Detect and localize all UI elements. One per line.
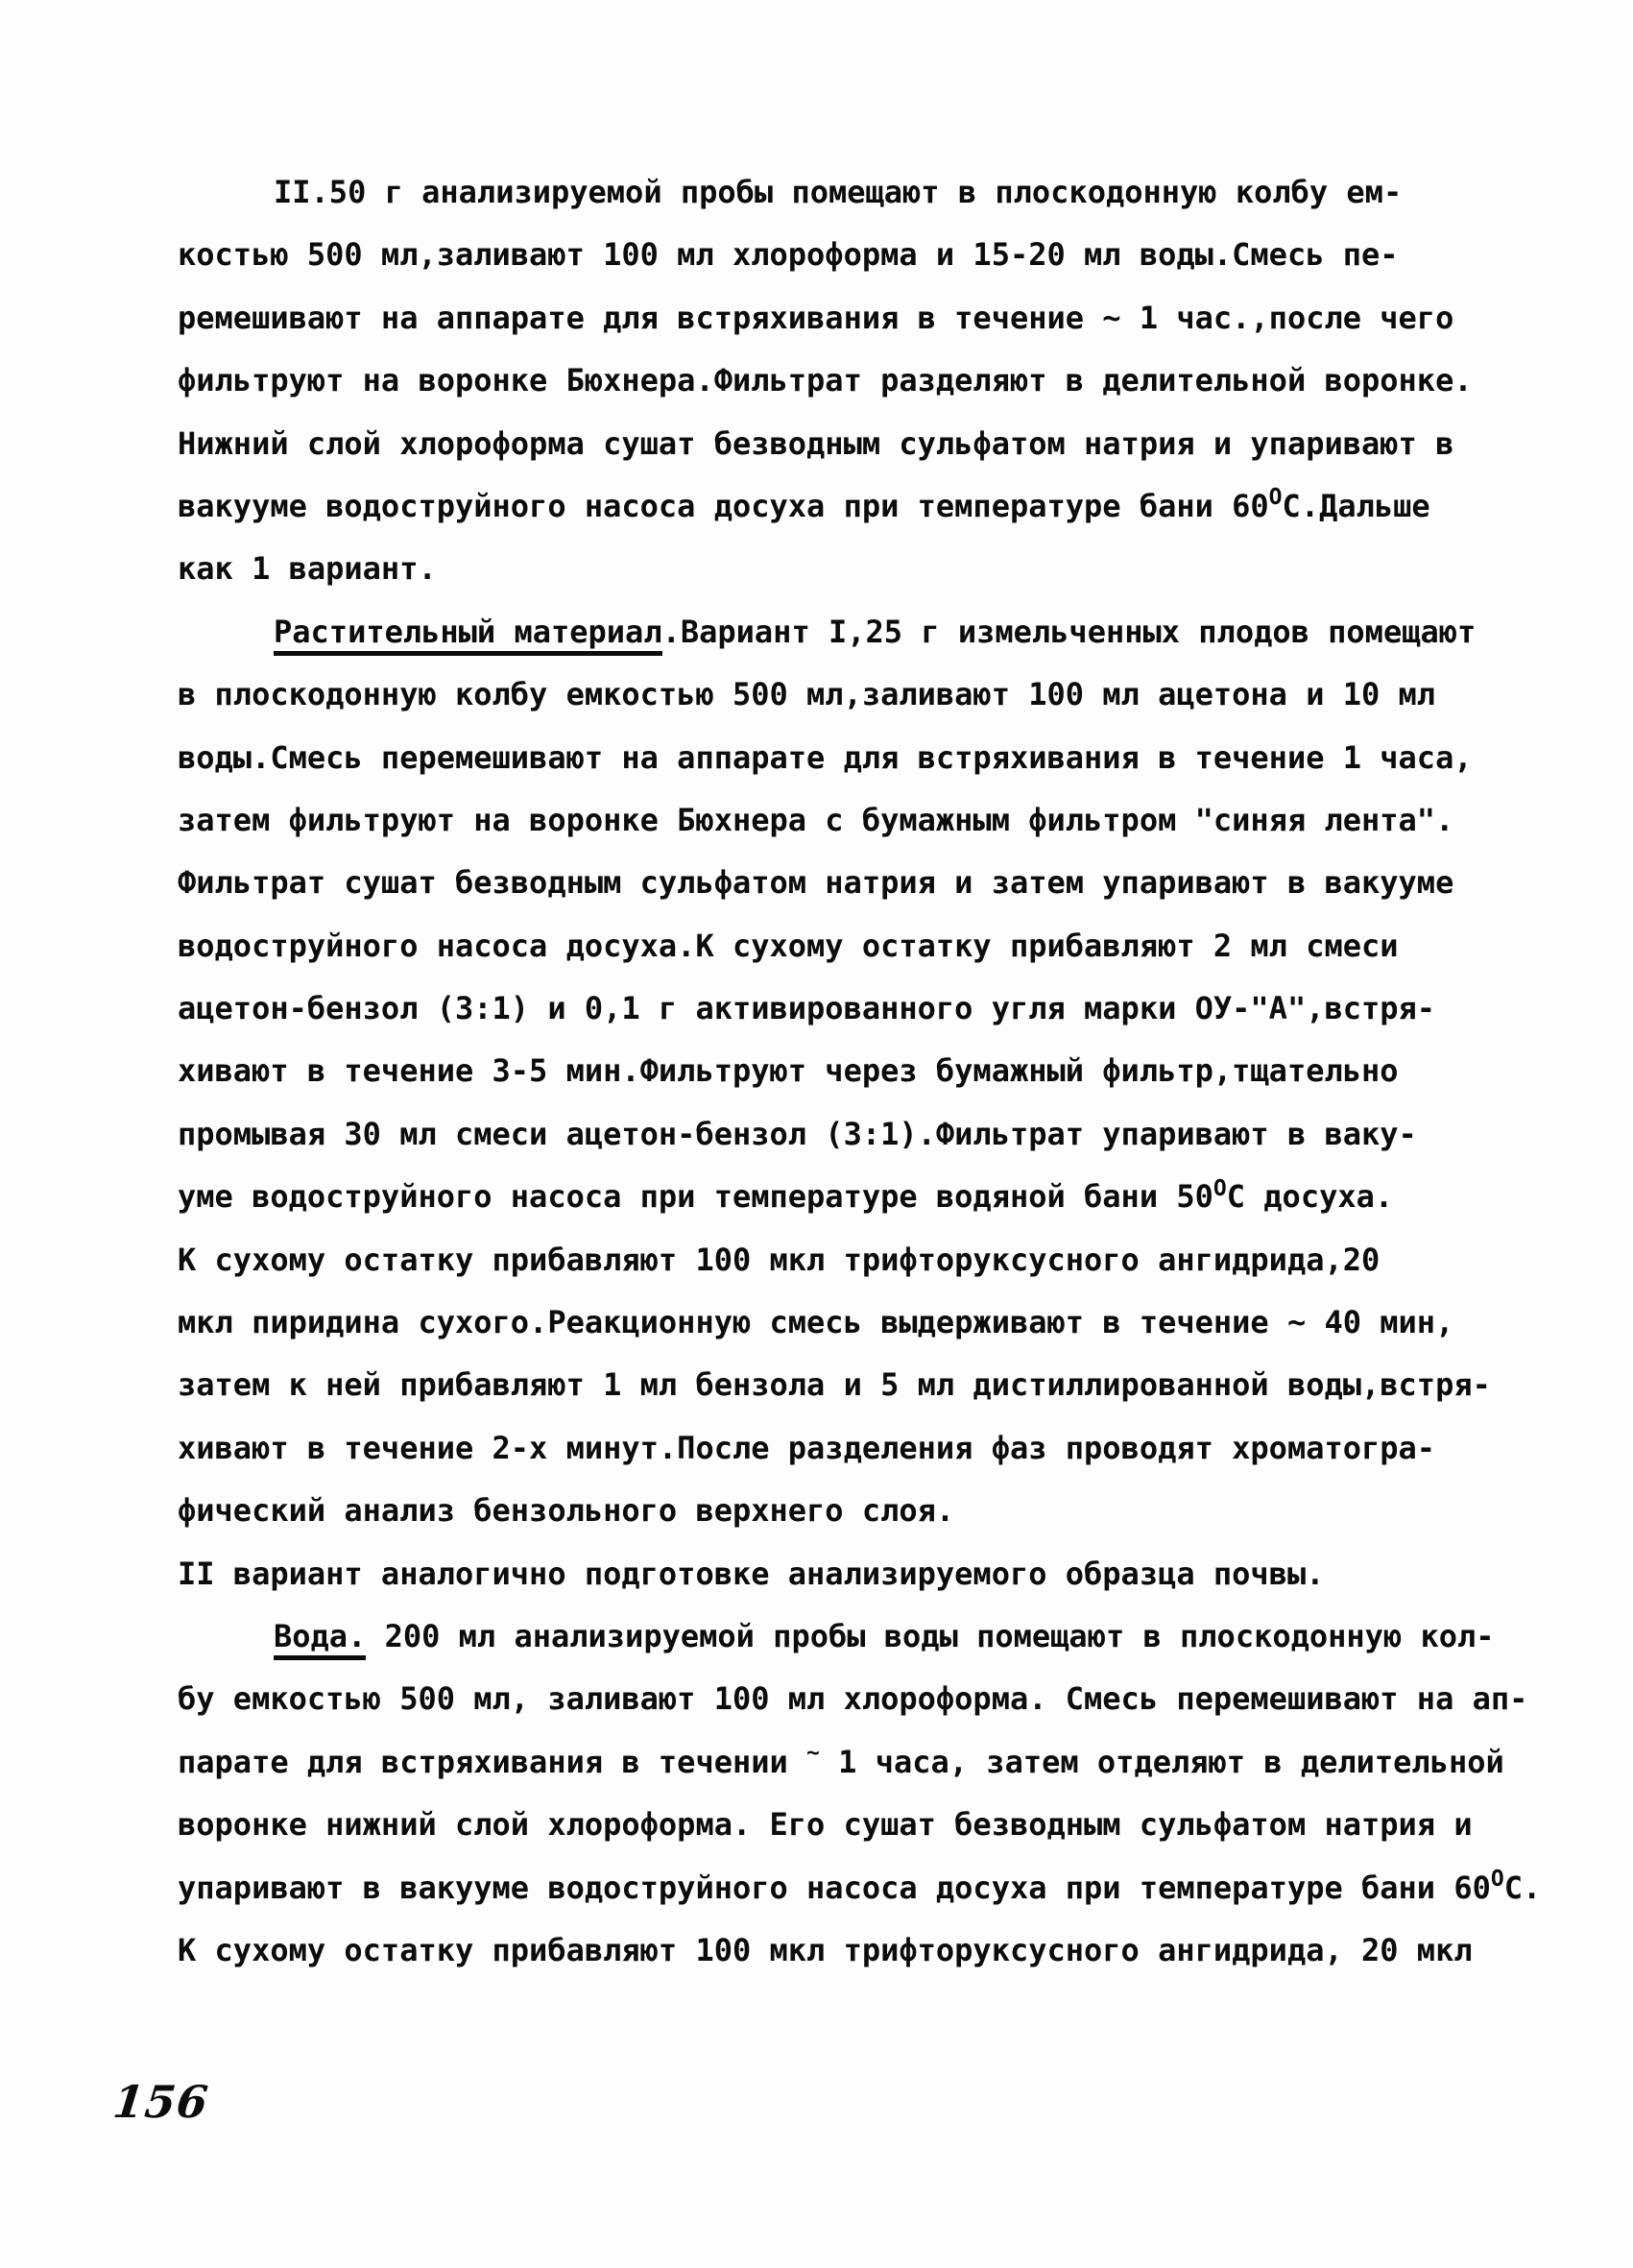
page-number: 156 [110, 2076, 211, 2128]
text-segment: О [1269, 485, 1283, 510]
text-line: хивают в течение 2-х минут.После разделе… [178, 1417, 1589, 1480]
text-segment: бу емкостью 500 мл, заливают 100 мл хлор… [178, 1680, 1527, 1717]
text-line: Нижний слой хлороформа сушат безводным с… [178, 413, 1589, 475]
text-line: бу емкостью 500 мл, заливают 100 мл хлор… [178, 1668, 1589, 1730]
text-line: затем фильтруют на воронке Бюхнера с бум… [178, 789, 1589, 852]
text-segment: Нижний слой хлороформа сушат безводным с… [178, 425, 1453, 462]
text-line: как 1 вариант. [178, 538, 1589, 600]
text-segment: ремешивают на аппарате для встряхивания … [178, 300, 1453, 336]
text-segment: С. [1504, 1870, 1542, 1906]
document-page: II.50 г анализируемой пробы помещают в п… [0, 0, 1633, 2268]
text-line: уме водоструйного насоса при температуре… [178, 1166, 1589, 1228]
text-line: воды.Смесь перемешивают на аппарате для … [178, 727, 1589, 789]
text-segment: воды.Смесь перемешивают на аппарате для … [178, 739, 1473, 776]
text-line: ацетон-бензол (3:1) и 0,1 г активированн… [178, 977, 1589, 1040]
text-segment: С.Дальше [1283, 488, 1430, 524]
text-segment: уме водоструйного насоса при температуре… [178, 1178, 1213, 1215]
text-line: Вода. 200 мл анализируемой пробы воды по… [178, 1605, 1589, 1668]
text-segment: .Вариант I,25 г измельченных плодов поме… [662, 614, 1477, 650]
text-segment: ~ [806, 1741, 820, 1766]
text-segment: упаривают в вакууме водоструйного насоса… [178, 1870, 1491, 1906]
text-segment: затем к ней прибавляют 1 мл бензола и 5 … [178, 1366, 1491, 1403]
underlined-text: Вода. [274, 1618, 366, 1660]
text-segment: 200 мл анализируемой пробы воды помещают… [366, 1618, 1494, 1654]
text-line: воронке нижний слой хлороформа. Его суша… [178, 1794, 1589, 1856]
text-line: парате для встряхивания в течении ~ 1 ча… [178, 1731, 1589, 1794]
text-segment: затем фильтруют на воронке Бюхнера с бум… [178, 802, 1453, 838]
text-segment: воронке нижний слой хлороформа. Его суша… [178, 1806, 1473, 1843]
text-segment: II вариант аналогично подготовке анализи… [178, 1556, 1324, 1592]
text-segment: вакууме водоструйного насоса досуха при … [178, 488, 1269, 524]
text-line: ремешивают на аппарате для встряхивания … [178, 287, 1589, 350]
text-segment: водоструйного насоса досуха.К сухому ост… [178, 928, 1399, 964]
text-line: в плоскодонную колбу емкостью 500 мл,зал… [178, 664, 1589, 726]
text-block: II.50 г анализируемой пробы помещают в п… [178, 161, 1589, 1982]
text-line: мкл пиридина сухого.Реакционную смесь вы… [178, 1291, 1589, 1354]
text-line: К сухому остатку прибавляют 100 мкл триф… [178, 1919, 1589, 1982]
text-line: хивают в течение 3-5 мин.Фильтруют через… [178, 1040, 1589, 1102]
text-segment: О [1213, 1176, 1227, 1201]
text-line: упаривают в вакууме водоструйного насоса… [178, 1857, 1589, 1919]
text-line: затем к ней прибавляют 1 мл бензола и 5 … [178, 1354, 1589, 1416]
text-line: фический анализ бензольного верхнего сло… [178, 1480, 1589, 1542]
text-segment: костью 500 мл,заливают 100 мл хлороформа… [178, 236, 1399, 273]
text-segment: парате для встряхивания в течении [178, 1744, 806, 1780]
text-line: водоструйного насоса досуха.К сухому ост… [178, 915, 1589, 977]
text-segment: мкл пиридина сухого.Реакционную смесь вы… [178, 1304, 1453, 1340]
text-segment: С досуха. [1227, 1178, 1393, 1215]
text-segment: фильтруют на воронке Бюхнера.Фильтрат ра… [178, 362, 1473, 398]
text-line: промывая 30 мл смеси ацетон-бензол (3:1)… [178, 1103, 1589, 1166]
text-segment: ацетон-бензол (3:1) и 0,1 г активированн… [178, 990, 1435, 1026]
text-line: Растительный материал.Вариант I,25 г изм… [178, 601, 1589, 664]
text-segment: хивают в течение 3-5 мин.Фильтруют через… [178, 1052, 1399, 1089]
text-segment: фический анализ бензольного верхнего сло… [178, 1492, 954, 1529]
text-segment: в плоскодонную колбу емкостью 500 мл,зал… [178, 676, 1435, 712]
text-segment: 1 часа, затем отделяют в делительной [820, 1744, 1504, 1780]
text-segment: К сухому остатку прибавляют 100 мкл триф… [178, 1242, 1380, 1278]
text-segment: О [1491, 1867, 1504, 1892]
text-segment: Фильтрат сушат безводным сульфатом натри… [178, 864, 1453, 901]
underlined-text: Растительный материал [274, 614, 662, 656]
text-line: К сухому остатку прибавляют 100 мкл триф… [178, 1229, 1589, 1291]
text-segment: как 1 вариант. [178, 550, 437, 587]
text-line: вакууме водоструйного насоса досуха при … [178, 475, 1589, 538]
text-line: фильтруют на воронке Бюхнера.Фильтрат ра… [178, 350, 1589, 412]
text-line: Фильтрат сушат безводным сульфатом натри… [178, 852, 1589, 914]
text-segment: хивают в течение 2-х минут.После разделе… [178, 1430, 1435, 1466]
text-segment: промывая 30 мл смеси ацетон-бензол (3:1)… [178, 1116, 1417, 1152]
text-line: II вариант аналогично подготовке анализи… [178, 1543, 1589, 1605]
text-line: II.50 г анализируемой пробы помещают в п… [178, 161, 1589, 224]
text-segment: К сухому остатку прибавляют 100 мкл триф… [178, 1932, 1473, 1968]
text-line: костью 500 мл,заливают 100 мл хлороформа… [178, 224, 1589, 286]
text-segment: II.50 г анализируемой пробы помещают в п… [274, 174, 1402, 210]
